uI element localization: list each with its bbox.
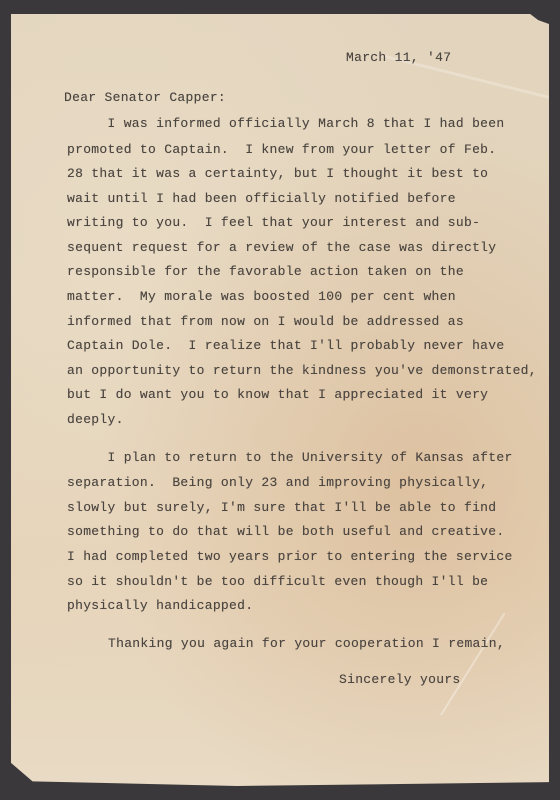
paragraph1-line: responsible for the favorable action tak… [67,264,464,279]
paragraph2-line: I plan to return to the University of Ka… [67,450,513,465]
paragraph2-line: so it shouldn't be too difficult even th… [67,574,488,589]
paragraph1-line: deeply. [67,412,124,427]
paragraph2-line: I had completed two years prior to enter… [67,549,513,564]
letter-signoff: Sincerely yours [339,672,461,687]
paragraph1-line: sequent request for a review of the case… [67,240,496,255]
paper-crease [440,613,505,716]
letter-closing: Thanking you again for your cooperation … [108,636,505,651]
paragraph1-line: writing to you. I feel that your interes… [67,215,480,230]
letter-date: March 11, '47 [346,50,451,65]
letter-salutation: Dear Senator Capper: [64,90,226,105]
paragraph1-line: but I do want you to know that I appreci… [67,387,488,402]
paragraph1-line: promoted to Captain. I knew from your le… [67,142,496,157]
paragraph1-line: matter. My morale was boosted 100 per ce… [67,289,456,304]
paragraph1-line: an opportunity to return the kindness yo… [67,363,537,378]
paragraph1-line: 28 that it was a certainty, but I though… [67,166,488,181]
paragraph1-line: Captain Dole. I realize that I'll probab… [67,338,504,353]
paragraph2-line: separation. Being only 23 and improving … [67,475,488,490]
paragraph1-line: wait until I had been officially notifie… [67,191,456,206]
paragraph2-line: slowly but surely, I'm sure that I'll be… [67,500,496,515]
paragraph2-line: physically handicapped. [67,598,253,613]
paragraph2-line: something to do that will be both useful… [67,524,504,539]
paragraph1-line: I was informed officially March 8 that I… [67,116,504,131]
paragraph1-line: informed that from now on I would be add… [67,314,464,329]
